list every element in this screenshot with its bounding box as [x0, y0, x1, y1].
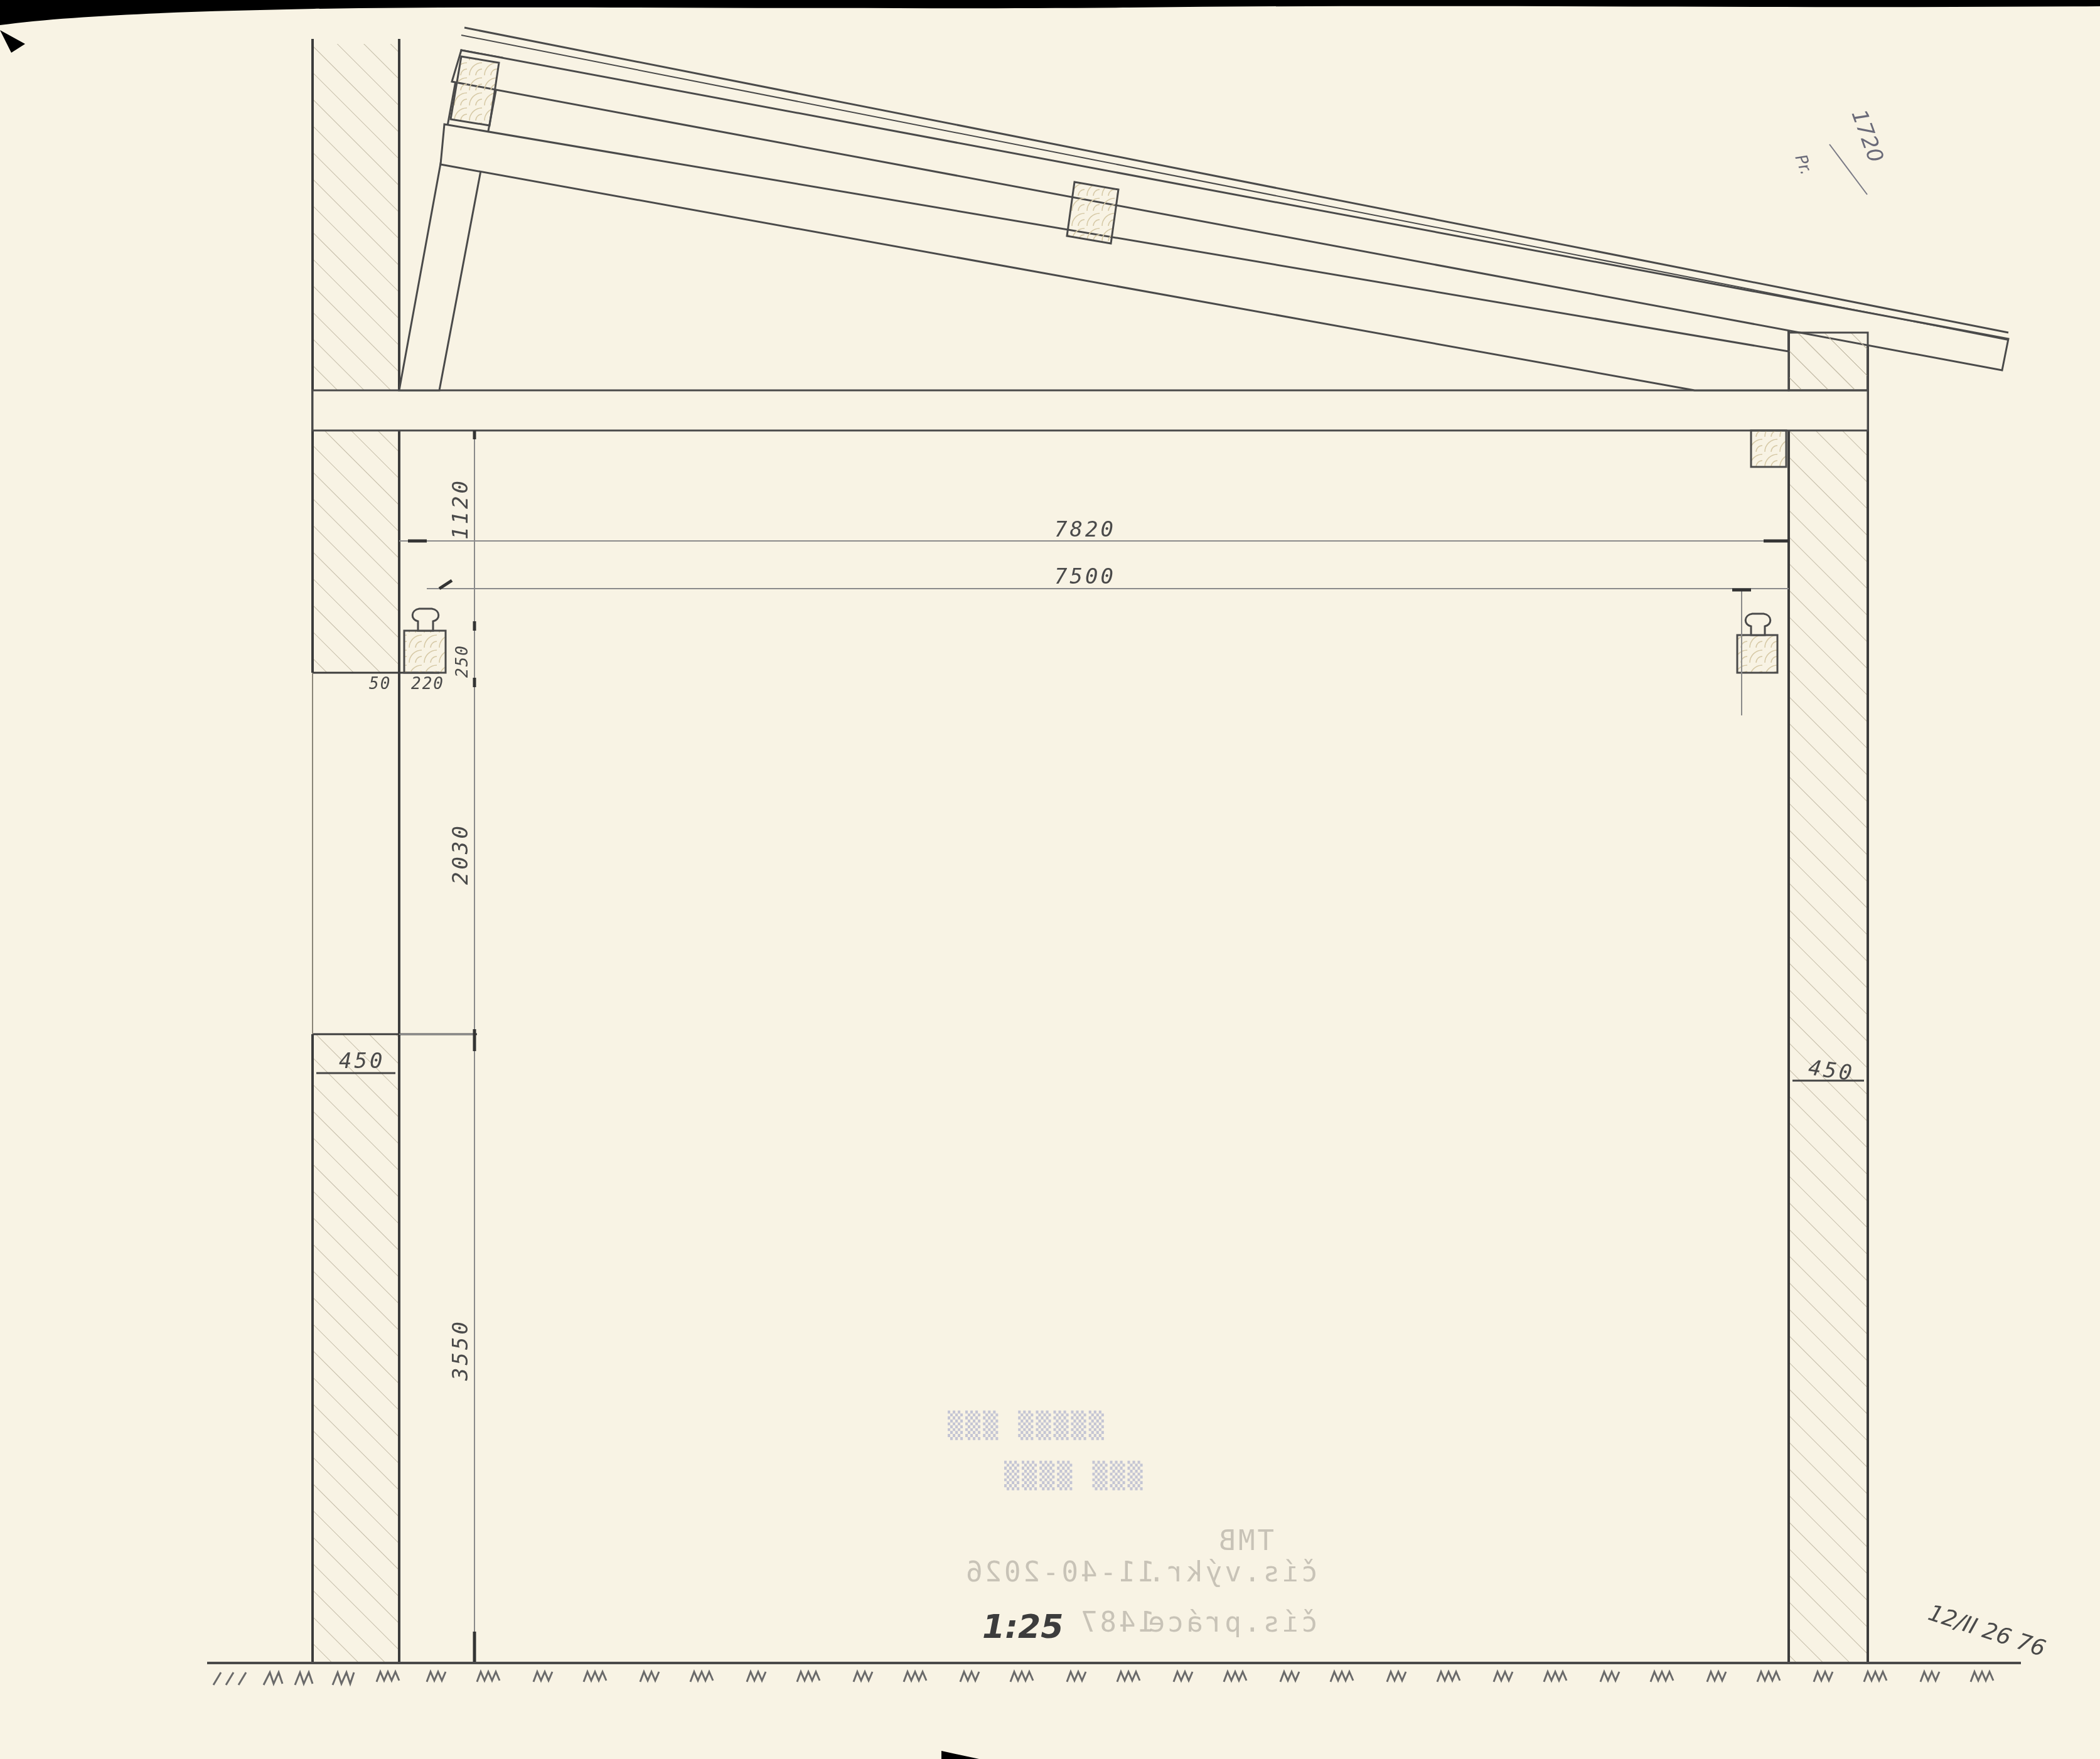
stamp-work-number: 1487 [1078, 1607, 1155, 1639]
right-wall [1789, 324, 1868, 1663]
dim-height-bottom: 3550 [448, 1319, 473, 1381]
crane-rail-right [1737, 614, 1777, 673]
section-drawing: 7820 7500 1120 250 50 220 2030 3550 450 … [0, 0, 2100, 1759]
dim-wall-left: 450 [339, 1049, 385, 1074]
corner-mark-icon [0, 30, 25, 53]
dim-height-top: 1120 [448, 478, 473, 540]
scale-label: 1:25 [982, 1608, 1063, 1646]
dim-span-rail: 7500 [1054, 564, 1116, 589]
bearing-block [1751, 430, 1786, 467]
crane-rail-left [404, 609, 446, 673]
dim-span-outer: 7820 [1054, 517, 1116, 542]
top-right-note: 1720 [1846, 106, 1888, 166]
faded-stamp-line-1: ▒▒▒ ▒▒▒▒▒ [948, 1410, 1106, 1440]
dim-rail-offset: 50 [369, 675, 391, 693]
top-right-subnote: Pr. [1791, 152, 1815, 178]
bottom-corner-mark-icon [941, 1751, 979, 1759]
stamp-company: TMB [1217, 1525, 1274, 1557]
dim-rail-beam-width: 220 [411, 675, 444, 693]
faded-stamp-line-2: ▒▒▒▒ ▒▒▒ [1004, 1460, 1145, 1490]
ground-line [207, 1663, 2021, 1685]
roof-upper-rafter [452, 50, 2008, 370]
stamp-drawing-number-label: čís.výkr. [1146, 1556, 1318, 1588]
tie-beam [313, 390, 1868, 430]
dim-rail-beam-height: 250 [453, 644, 472, 678]
purlin-block-middle [1067, 182, 1118, 243]
right-wall-cap [1789, 333, 1868, 390]
stamp-work-number-label: čís.práce [1146, 1607, 1318, 1639]
bottom-right-reference: 12/II 26 76 [1925, 1600, 2049, 1662]
stamp-drawing-number: 11-40-2026 [963, 1556, 1155, 1588]
dim-height-middle: 2030 [448, 823, 473, 885]
drawing-sheet: 7820 7500 1120 250 50 220 2030 3550 450 … [0, 0, 2100, 1759]
